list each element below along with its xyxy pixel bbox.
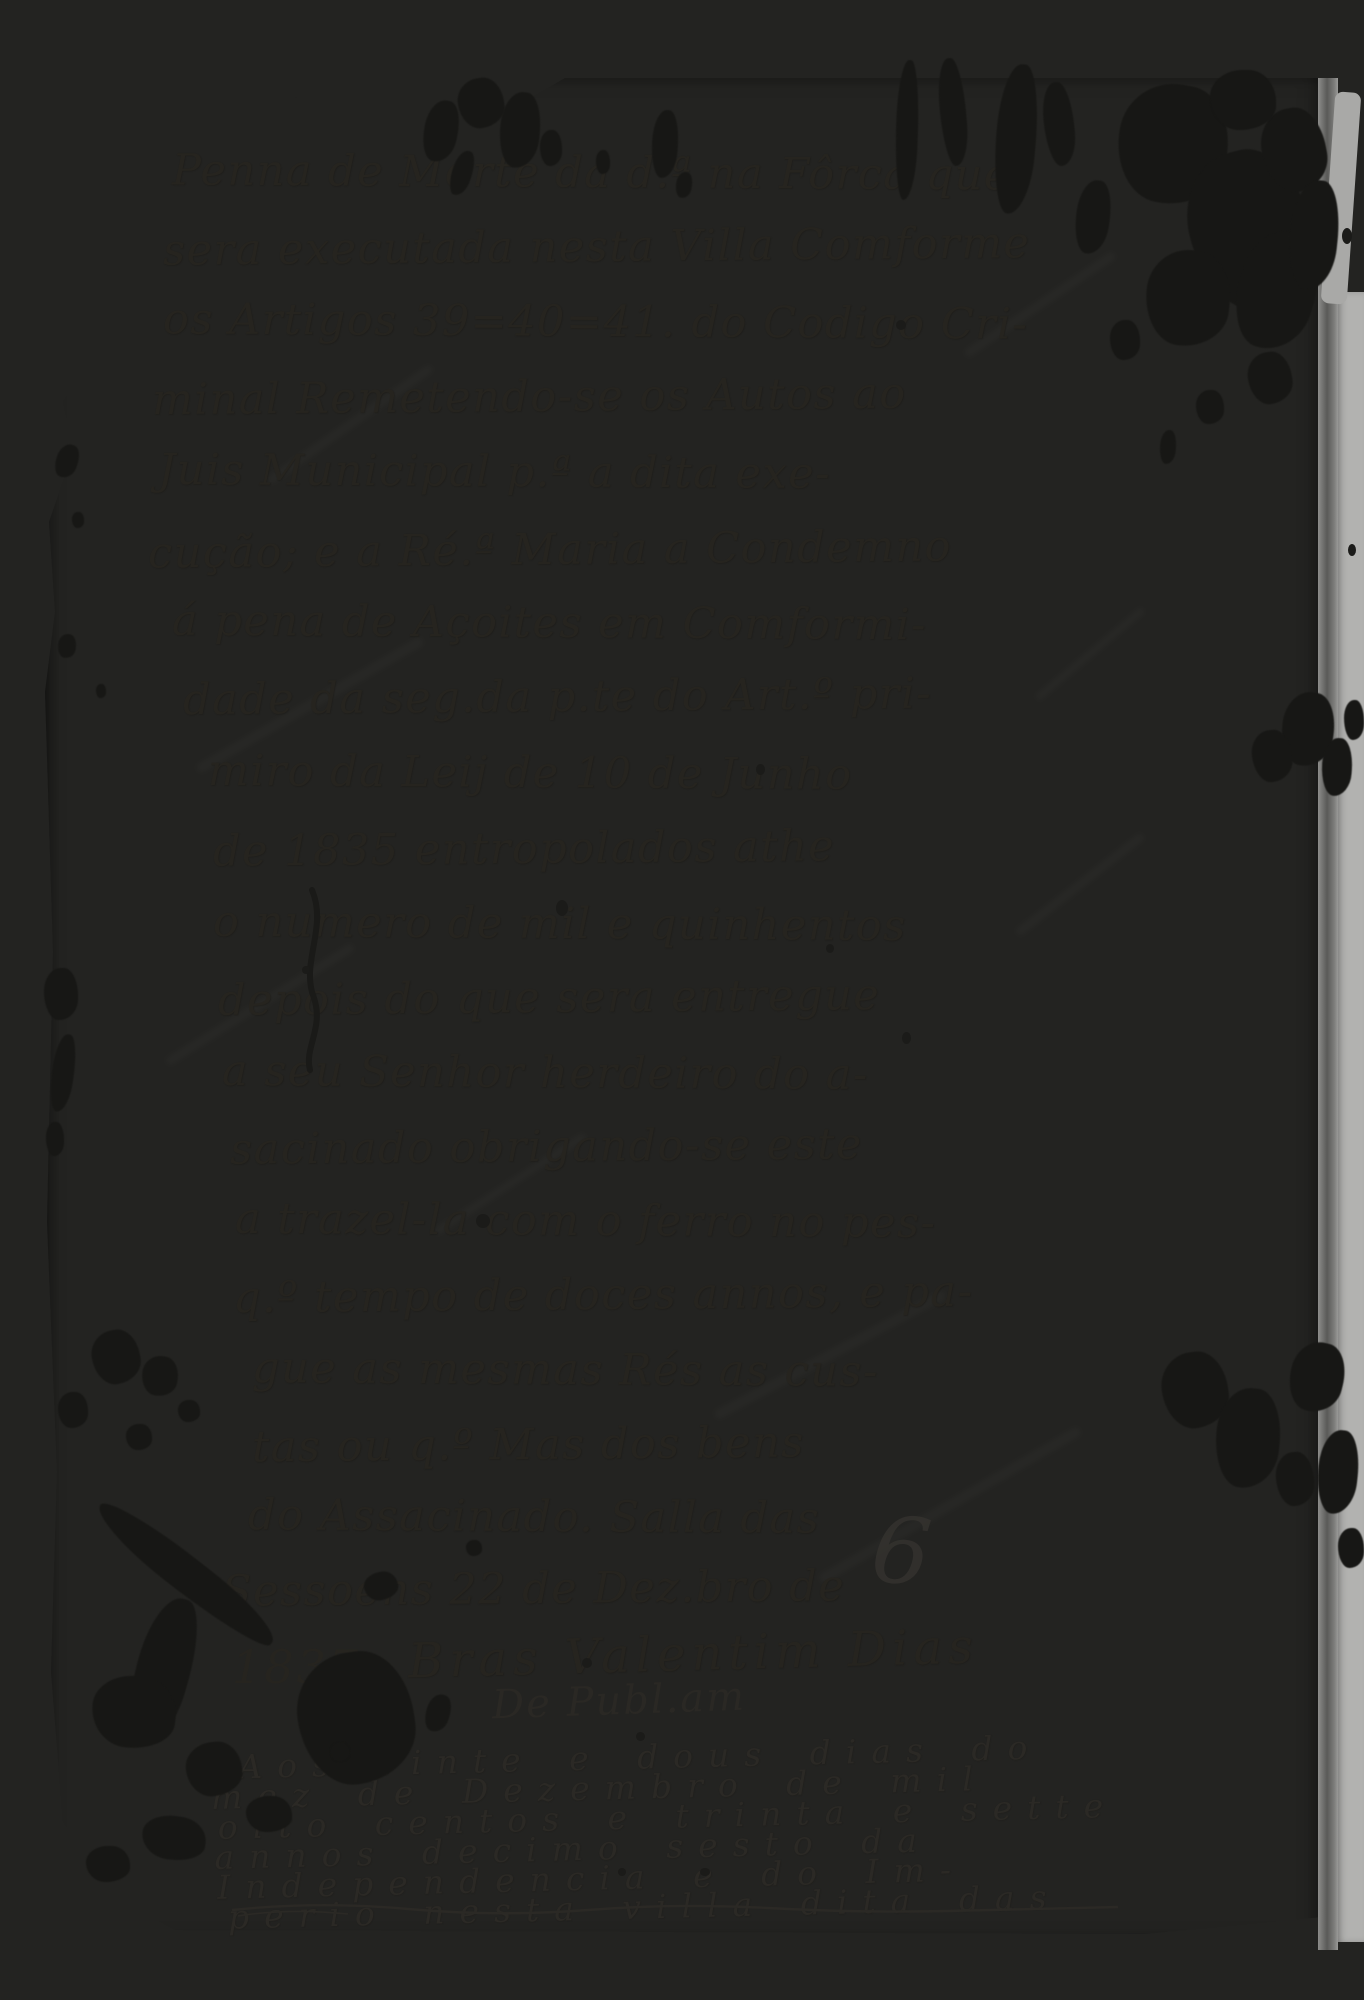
ink-speck <box>826 944 834 953</box>
manuscript-line: sacinado obrigando-se este <box>230 1119 863 1175</box>
adjacent-page-edge <box>1338 292 1364 1942</box>
manuscript-line: a trazel-la com o ferro no pes- <box>235 1194 937 1248</box>
ink-speck <box>556 900 568 916</box>
ink-blot <box>72 512 84 528</box>
ink-speck <box>902 1032 911 1044</box>
manuscript-line: do Assacinado. Salla das <box>248 1490 820 1543</box>
manuscript-line: sera executada nesta Villa Comforme <box>163 218 1031 276</box>
ink-blot <box>1196 390 1224 424</box>
closing-underline <box>228 1898 1128 1922</box>
ink-blot <box>58 1392 88 1428</box>
manuscript-line: Penna de Morte da d.ª na Fôrca que <box>172 145 1011 200</box>
ink-blot <box>596 150 610 174</box>
manuscript-line: dade da seg.da p.te do Art.º pri- <box>183 669 933 726</box>
ink-speck <box>700 1868 710 1876</box>
book-gutter-fold <box>1318 78 1338 1950</box>
manuscript-line: minal Remetendo-se os Autos ao <box>152 369 907 426</box>
manuscript-line: Sessoens 22 de Dez.bro de <box>222 1561 846 1616</box>
manuscript-scan: Penna de Morte da d.ª na Fôrca que sera … <box>0 0 1364 2000</box>
manuscript-line: miro da Leij de 10 de Junho <box>208 746 853 800</box>
ink-blot <box>96 684 106 698</box>
section-subheading: De Publ.am <box>491 1674 746 1729</box>
manuscript-line: Juis Municipal p.ª a dita exe- <box>158 445 831 499</box>
ink-blot <box>1344 700 1364 740</box>
flourish-glyph: 6 <box>867 1495 936 1608</box>
ink-speck <box>618 1868 626 1876</box>
ink-blot <box>126 1424 152 1450</box>
manuscript-line: q.º tempo de doces annos, e pa- <box>233 1267 974 1323</box>
ink-speck <box>302 966 310 974</box>
ink-blot <box>1338 1528 1364 1568</box>
manuscript-line: gue as mesmas Rés as cus- <box>252 1343 879 1397</box>
ink-blot <box>178 1400 200 1422</box>
ink-blot <box>44 968 78 1020</box>
ink-blot <box>330 1742 350 1762</box>
ink-speck <box>756 764 765 775</box>
ink-blot <box>46 1122 64 1156</box>
ink-blot <box>1110 320 1140 360</box>
ink-smear <box>86 1846 130 1882</box>
ink-speck <box>1342 228 1352 244</box>
ink-smear <box>246 1796 292 1832</box>
ink-blot <box>1210 70 1276 130</box>
ink-speck <box>476 1214 490 1228</box>
ink-blot <box>540 130 562 166</box>
ink-speck <box>582 1658 592 1668</box>
manuscript-line: de 1835 entropolados athe <box>213 821 836 876</box>
manuscript-line: cução; e a Ré.ª Maria a Condemno <box>148 521 952 578</box>
ink-speck <box>896 320 906 330</box>
manuscript-line: á pena de Açoites em Comformi- <box>172 596 927 651</box>
ink-blot <box>466 1540 482 1556</box>
ink-speck <box>636 1732 645 1741</box>
ink-drip-squiggle <box>298 888 338 1073</box>
ink-speck <box>1348 544 1356 556</box>
manuscript-line: tas ou q.º Mas dos bens <box>252 1418 805 1473</box>
